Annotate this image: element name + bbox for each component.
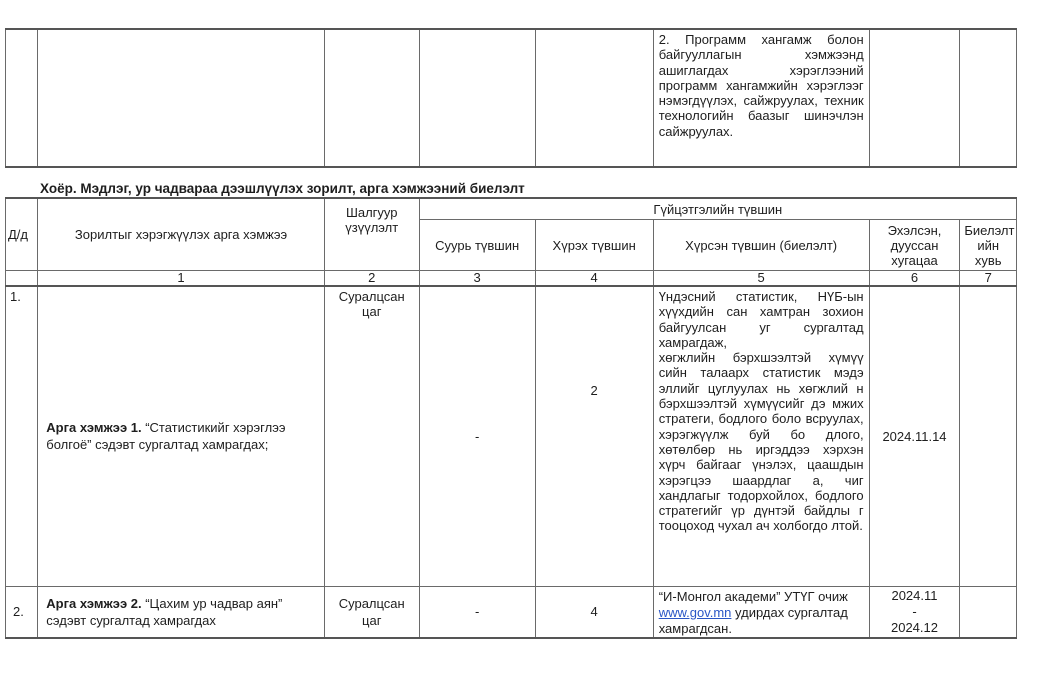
cell-percent [960, 29, 1017, 167]
header-baseline: Суурь түвшин [419, 220, 535, 271]
period-cell: 2024.11 - 2024.12 [869, 586, 960, 638]
baseline-cell: - [419, 586, 535, 638]
cell-target [535, 29, 653, 167]
gov-mn-link[interactable]: www.gov.mn [659, 605, 732, 620]
column-number: 5 [653, 271, 869, 287]
column-number-row: 1 2 3 4 5 6 7 [6, 271, 1017, 287]
cell-achieved: 2. Программ хангамж болон байгууллагын х… [653, 29, 869, 167]
header-target: Хүрэх түвшин [535, 220, 653, 271]
header-measure: Зорилтыг хэрэгжүүлэх арга хэмжээ [38, 198, 325, 271]
column-number: 7 [960, 271, 1017, 287]
cell-criteria [324, 29, 419, 167]
measure-label: Арга хэмжээ 2. [46, 596, 141, 611]
criteria-cell: Суралцсан цаг [324, 286, 419, 586]
table-row: 2. Арга хэмжээ 2. “Цахим ур чадвар аян” … [6, 586, 1017, 638]
target-cell: 4 [535, 586, 653, 638]
period-start: 2024.11 [874, 588, 956, 604]
header-performance-group: Гүйцэтгэлийн түвшин [419, 198, 1016, 220]
target-value: 2 [591, 383, 598, 398]
column-number: 2 [324, 271, 419, 287]
header-no: Д/д [6, 198, 38, 271]
period-end: 2024.12 [874, 620, 956, 636]
column-number: 4 [535, 271, 653, 287]
column-number: 1 [38, 271, 325, 287]
row-number: 1. [6, 286, 38, 586]
criteria-cell: Суралцсан цаг [324, 586, 419, 638]
achieved-cell: “И-Монгол академи” УТҮГ очиж www.gov.mn … [653, 586, 869, 638]
header-percent: Биелэлт ийн хувь [960, 220, 1017, 271]
cell-period [869, 29, 960, 167]
percent-cell [960, 286, 1017, 586]
measure-label: Арга хэмжээ 1. [46, 420, 141, 435]
measure-cell: Арга хэмжээ 2. “Цахим ур чадвар аян” сэд… [38, 586, 325, 638]
table-row: 1. Арга хэмжээ 1. “Статистикийг хэрэглээ… [6, 286, 1017, 586]
achieved-text: “И-Монгол академи” УТҮГ очиж [659, 589, 848, 604]
baseline-cell: - [419, 286, 535, 586]
cell-baseline [419, 29, 535, 167]
header-row: Д/д Зорилтыг хэрэгжүүлэх арга хэмжээ Шал… [6, 198, 1017, 220]
percent-cell [960, 586, 1017, 638]
header-period: Эхэлсэн, дууссан хугацаа [869, 220, 960, 271]
cell-no [6, 29, 38, 167]
previous-section-table: 2. Программ хангамж болон байгууллагын х… [5, 28, 1017, 168]
cell-measure [38, 29, 325, 167]
header-criteria-label: Шалгуур үзүүлэлт [345, 205, 398, 235]
period-separator: - [874, 604, 956, 620]
column-number: 6 [869, 271, 960, 287]
header-criteria: Шалгуур үзүүлэлт [324, 198, 419, 271]
measure-cell: Арга хэмжээ 1. “Статистикийг хэрэглээ бо… [38, 286, 325, 586]
table-row: 2. Программ хангамж болон байгууллагын х… [6, 29, 1017, 167]
achieved-paragraph: Үндэсний статистик, НҮБ-ын хүүхдийн сан … [659, 289, 864, 350]
achieved-cell: Үндэсний статистик, НҮБ-ын хүүхдийн сан … [653, 286, 869, 586]
section-title: Хоёр. Мэдлэг, ур чадвараа дээшлүүлэх зор… [40, 181, 525, 196]
row-number: 2. [6, 586, 38, 638]
target-cell: 2 [535, 286, 653, 586]
period-cell: 2024.11.14 [869, 286, 960, 586]
column-number [6, 271, 38, 287]
performance-table: Д/д Зорилтыг хэрэгжүүлэх арга хэмжээ Шал… [5, 197, 1017, 639]
header-achieved: Хүрсэн түвшин (биелэлт) [653, 220, 869, 271]
achieved-paragraph: хөгжлийн бэрхшээлтэй хүмүү сийн талаарх … [659, 350, 864, 534]
column-number: 3 [419, 271, 535, 287]
